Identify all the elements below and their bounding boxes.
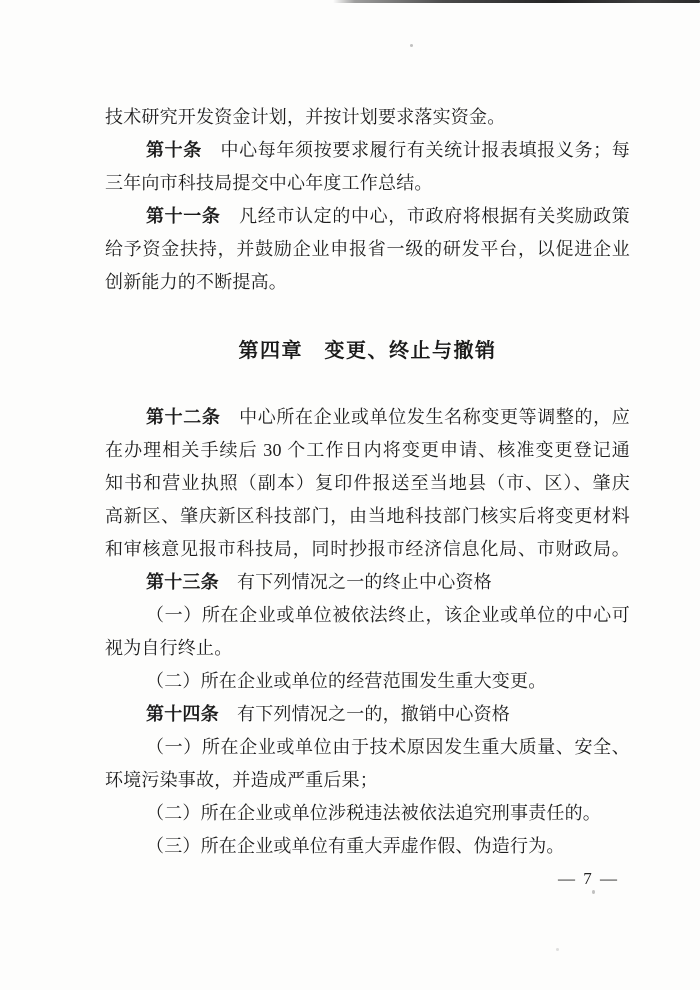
document-body: 技术研究开发资金计划，并按计划要求落实资金。 第十条 中心每年须按要求履行有关统… (105, 101, 630, 863)
line-text: 创新能力的不断提高。 (105, 272, 287, 292)
scanned-document-page: 技术研究开发资金计划，并按计划要求落实资金。 第十条 中心每年须按要求履行有关统… (0, 0, 700, 990)
page-number: — 7 — (558, 869, 619, 889)
article-number: 第十三条 (146, 572, 219, 592)
line-text: 高新区、肇庆新区科技部门，由当地科技部门核实后将变更材料 (105, 506, 630, 526)
line-text: 视为自行终止。 (105, 638, 232, 658)
line-text: 凡经市认定的中心，市政府将根据有关奖励政策 (221, 206, 630, 226)
text-line: 给予资金扶持，并鼓励企业申报省一级的研发平台，以促进企业 (105, 233, 630, 266)
article-number: 第十一条 (146, 206, 221, 226)
line-text: 和审核意见报市科技局，同时抄报市经济信息化局、市财政局。 (105, 539, 630, 559)
line-text: 知书和营业执照（副本）复印件报送至当地县（市、区）、肇庆 (105, 473, 630, 493)
text-line: 高新区、肇庆新区科技部门，由当地科技部门核实后将变更材料 (105, 500, 630, 533)
text-line: 第十二条 中心所在企业或单位发生名称变更等调整的，应 (105, 401, 630, 434)
line-text: （一）所在企业或单位由于技术原因发生重大质量、安全、 (146, 737, 630, 757)
text-line: 三年向市科技局提交中心年度工作总结。 (105, 167, 630, 200)
line-text: 有下列情况之一的终止中心资格 (219, 572, 492, 592)
text-line: （一）所在企业或单位由于技术原因发生重大质量、安全、 (105, 731, 630, 764)
line-text: 给予资金扶持，并鼓励企业申报省一级的研发平台，以促进企业 (105, 239, 630, 259)
line-text: 三年向市科技局提交中心年度工作总结。 (105, 173, 433, 193)
article-number: 第十条 (146, 140, 202, 160)
text-line: 视为自行终止。 (105, 632, 630, 665)
scan-speck (556, 948, 559, 951)
text-line: 和审核意见报市科技局，同时抄报市经济信息化局、市财政局。 (105, 533, 630, 566)
line-text: 中心所在企业或单位发生名称变更等调整的，应 (221, 407, 630, 427)
text-line: （二）所在企业或单位涉税违法被依法追究刑事责任的。 (105, 797, 630, 830)
text-line: 知书和营业执照（副本）复印件报送至当地县（市、区）、肇庆 (105, 467, 630, 500)
article-number: 第十二条 (146, 407, 221, 427)
line-text: 在办理相关手续后 30 个工作日内将变更申请、核准变更登记通 (105, 440, 630, 460)
text-line: 创新能力的不断提高。 (105, 266, 630, 299)
text-line: 第十四条 有下列情况之一的，撤销中心资格 (105, 698, 630, 731)
text-line: （一）所在企业或单位被依法终止，该企业或单位的中心可 (105, 599, 630, 632)
text-line: 第十一条 凡经市认定的中心，市政府将根据有关奖励政策 (105, 200, 630, 233)
text-line: 在办理相关手续后 30 个工作日内将变更申请、核准变更登记通 (105, 434, 630, 467)
text-line: 技术研究开发资金计划，并按计划要求落实资金。 (105, 101, 630, 134)
line-text: （二）所在企业或单位涉税违法被依法追究刑事责任的。 (146, 803, 601, 823)
line-text: （一）所在企业或单位被依法终止，该企业或单位的中心可 (146, 605, 630, 625)
article-number: 第十四条 (146, 704, 219, 724)
line-text: 中心每年须按要求履行有关统计报表填报义务；每 (202, 140, 630, 160)
text-line: 第十条 中心每年须按要求履行有关统计报表填报义务；每 (105, 134, 630, 167)
scan-speck (592, 890, 595, 894)
text-line: 环境污染事故，并造成严重后果； (105, 764, 630, 797)
text-line: （二）所在企业或单位的经营范围发生重大变更。 (105, 665, 630, 698)
scan-speck (410, 44, 413, 47)
scan-edge-artifact (333, 0, 700, 3)
line-text: 有下列情况之一的，撤销中心资格 (219, 704, 510, 724)
line-text: 环境污染事故，并造成严重后果； (105, 770, 378, 790)
text-line: 第十三条 有下列情况之一的终止中心资格 (105, 566, 630, 599)
text-line: （三）所在企业或单位有重大弄虚作假、伪造行为。 (105, 830, 630, 863)
line-text: 技术研究开发资金计划，并按计划要求落实资金。 (105, 107, 505, 127)
line-text: （三）所在企业或单位有重大弄虚作假、伪造行为。 (146, 836, 565, 856)
line-text: （二）所在企业或单位的经营范围发生重大变更。 (146, 671, 546, 691)
chapter-heading: 第四章 变更、终止与撤销 (105, 335, 630, 368)
